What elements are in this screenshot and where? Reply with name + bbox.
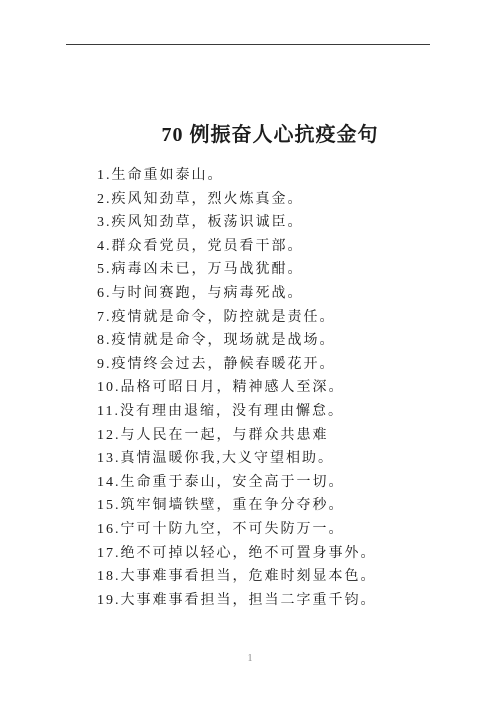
quote-line: 12.与人民在一起，与群众共患难: [97, 424, 477, 448]
header-rule-divider: [66, 44, 430, 45]
quote-line: 19.大事难事看担当，担当二字重千钧。: [97, 589, 477, 613]
quote-line: 17.绝不可掉以轻心，绝不可置身事外。: [97, 542, 477, 566]
quote-line: 13.真情温暖你我,大义守望相助。: [97, 447, 477, 471]
quote-line: 9.疫情终会过去，静候春暖花开。: [97, 353, 477, 377]
quote-list: 1.生命重如泰山。2.疾风知劲草，烈火炼真金。3.疾风知劲草，板荡识诚臣。4.群…: [97, 164, 477, 612]
quote-line: 15.筑牢铜墙铁壁，重在争分夺秒。: [97, 494, 477, 518]
quote-line: 14.生命重于泰山，安全高于一切。: [97, 471, 477, 495]
quote-line: 2.疾风知劲草，烈火炼真金。: [97, 188, 477, 212]
quote-line: 16.宁可十防九空，不可失防万一。: [97, 518, 477, 542]
quote-line: 4.群众看党员，党员看干部。: [97, 235, 477, 259]
document-page: 70 例振奋人心抗疫金句 1.生命重如泰山。2.疾风知劲草，烈火炼真金。3.疾风…: [0, 0, 500, 708]
quote-line: 7.疫情就是命令，防控就是责任。: [97, 306, 477, 330]
quote-line: 6.与时间赛跑，与病毒死战。: [97, 282, 477, 306]
quote-line: 18.大事难事看担当，危难时刻显本色。: [97, 565, 477, 589]
quote-line: 11.没有理由退缩，没有理由懈怠。: [97, 400, 477, 424]
quote-line: 8.疫情就是命令，现场就是战场。: [97, 329, 477, 353]
page-number: 1: [0, 653, 500, 664]
quote-line: 1.生命重如泰山。: [97, 164, 477, 188]
quote-line: 3.疾风知劲草，板荡识诚臣。: [97, 211, 477, 235]
quote-line: 10.品格可昭日月，精神感人至深。: [97, 376, 477, 400]
quote-line: 5.病毒凶未已，万马战犹酣。: [97, 258, 477, 282]
page-title: 70 例振奋人心抗疫金句: [40, 121, 500, 149]
